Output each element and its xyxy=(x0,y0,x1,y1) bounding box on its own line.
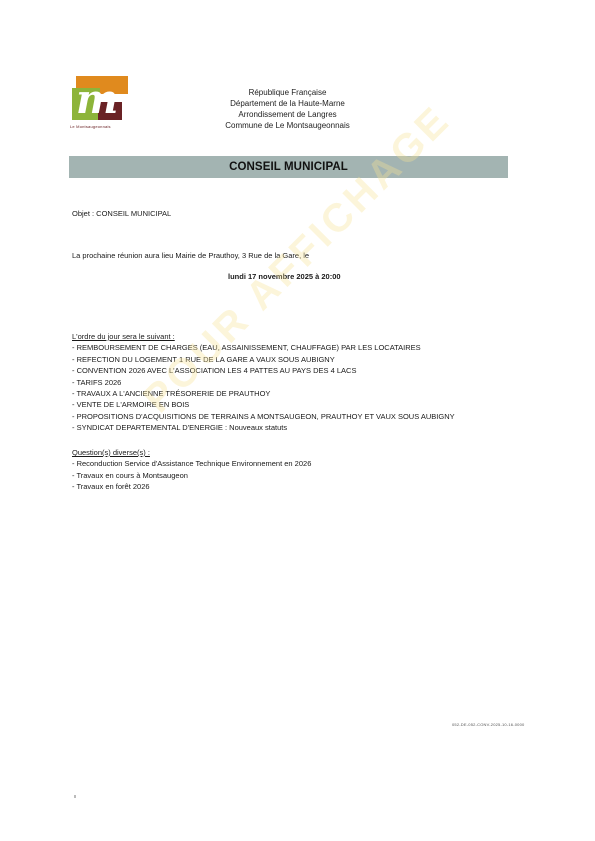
agenda-section: L'ordre du jour sera le suivant : REMBOU… xyxy=(72,331,455,434)
agenda-item: TARIFS 2026 xyxy=(72,377,455,388)
agenda-item: VENTE DE L'ARMOIRE EN BOIS xyxy=(72,399,455,410)
subject-line: Objet : CONSEIL MUNICIPAL xyxy=(72,209,171,218)
letterhead: République Française Département de la H… xyxy=(200,87,375,131)
meeting-location: La prochaine réunion aura lieu Mairie de… xyxy=(72,251,309,260)
question-item: Travaux en cours à Montsaugeon xyxy=(72,470,311,481)
agenda-item: TRAVAUX A L'ANCIENNE TRÉSORERIE DE PRAUT… xyxy=(72,388,455,399)
questions-list: Reconduction Service d'Assistance Techni… xyxy=(72,458,311,492)
meeting-date: lundi 17 novembre 2025 à 20:00 xyxy=(228,272,341,281)
agenda-item: SYNDICAT DEPARTEMENTAL D'ENERGIE : Nouve… xyxy=(72,422,455,433)
agenda-list: REMBOURSEMENT DE CHARGES (EAU, ASSAINISS… xyxy=(72,342,455,433)
footer-reference: 052-DE-052-CONV-2025-10-16-0000 xyxy=(452,722,524,727)
commune-logo: m Le Montsaugeonnais xyxy=(70,76,128,134)
agenda-item: CONVENTION 2026 AVEC L'ASSOCIATION LES 4… xyxy=(72,365,455,376)
question-item: Reconduction Service d'Assistance Techni… xyxy=(72,458,311,469)
document-title: CONSEIL MUNICIPAL xyxy=(229,161,348,173)
agenda-item: PROPOSITIONS D'ACQUISITIONS DE TERRAINS … xyxy=(72,411,455,422)
logo-letter: m xyxy=(76,78,118,122)
letterhead-line: Département de la Haute-Marne xyxy=(200,98,375,109)
letterhead-line: Commune de Le Montsaugeonnais xyxy=(200,120,375,131)
letterhead-line: République Française xyxy=(200,87,375,98)
agenda-label: L'ordre du jour sera le suivant : xyxy=(72,331,455,342)
questions-label: Question(s) diverse(s) : xyxy=(72,447,311,458)
title-banner: CONSEIL MUNICIPAL xyxy=(69,156,508,178)
scan-speck xyxy=(74,795,76,798)
agenda-item: REMBOURSEMENT DE CHARGES (EAU, ASSAINISS… xyxy=(72,342,455,353)
logo-caption: Le Montsaugeonnais xyxy=(70,124,111,129)
letterhead-line: Arrondissement de Langres xyxy=(200,109,375,120)
questions-section: Question(s) diverse(s) : Reconduction Se… xyxy=(72,447,311,493)
agenda-item: REFECTION DU LOGEMENT 1 RUE DE LA GARE A… xyxy=(72,354,455,365)
question-item: Travaux en forêt 2026 xyxy=(72,481,311,492)
